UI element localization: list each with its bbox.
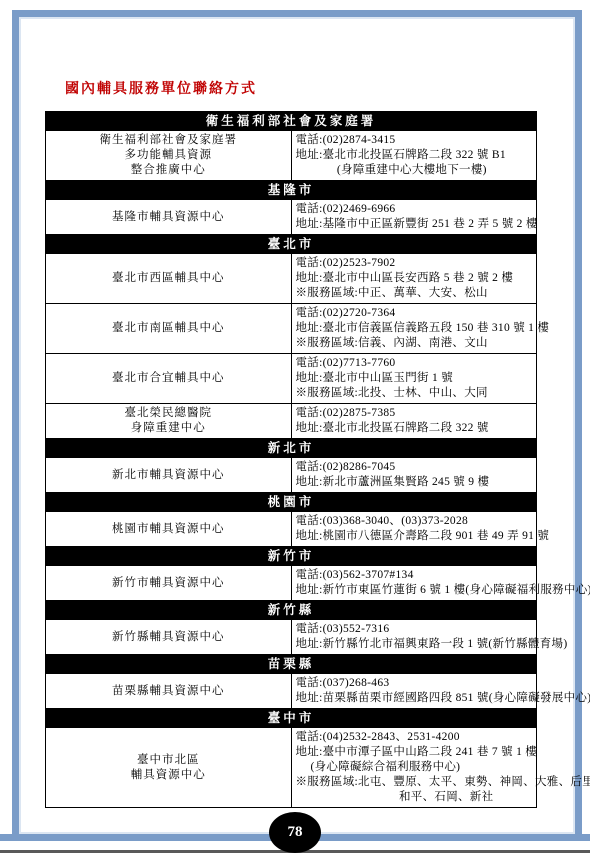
center-name-line: 新北市輔具資源中心 [46, 468, 291, 483]
center-name-cell: 新竹縣輔具資源中心 [46, 620, 292, 655]
center-name-cell: 臺北市合宜輔具中心 [46, 354, 292, 404]
contact-detail-line: 電話:(02)2523-7902 [296, 256, 536, 271]
page-number: 78 [288, 824, 303, 840]
table-row: 新北市輔具資源中心電話:(02)8286-7045地址:新北市蘆洲區集賢路 24… [46, 458, 537, 493]
contact-detail-line: ※服務區域:信義、內湖、南港、文山 [296, 336, 536, 351]
region-header-row: 苗栗縣 [46, 655, 537, 674]
center-name-line: 輔具資源中心 [46, 768, 291, 783]
page-title: 國內輔具服務單位聯絡方式 [65, 78, 537, 98]
contact-detail-line: 地址:新竹市東區竹蓮街 6 號 1 樓(身心障礙福利服務中心) [296, 583, 536, 598]
contact-detail-cell: 電話:(02)7713-7760地址:臺北市中山區玉門街 1 號※服務區域:北投… [291, 354, 537, 404]
contact-detail-line: 和平、石岡、新社 [296, 790, 536, 805]
contact-detail-cell: 電話:(02)2523-7902地址:臺北市中山區長安西路 5 巷 2 號 2 … [291, 254, 537, 304]
contact-detail-line: 電話:(037)268-463 [296, 676, 536, 691]
center-name-cell: 臺北市南區輔具中心 [46, 304, 292, 354]
contact-detail-cell: 電話:(02)2874-3415地址:臺北市北投區石牌路二段 322 號 B1(… [291, 131, 537, 181]
contact-detail-line: 地址:新竹縣竹北市福興東路一段 1 號(新竹縣體育場) [296, 637, 536, 652]
contact-detail-line: 地址:臺北市中山區玉門街 1 號 [296, 371, 536, 386]
center-name-cell: 臺北市西區輔具中心 [46, 254, 292, 304]
contact-detail-line: ※服務區域:中正、萬華、大安、松山 [296, 286, 536, 301]
table-row: 新竹縣輔具資源中心電話:(03)552-7316地址:新竹縣竹北市福興東路一段 … [46, 620, 537, 655]
region-header: 苗栗縣 [46, 655, 537, 674]
region-header-row: 基隆市 [46, 181, 537, 200]
contact-detail-line: 電話:(03)562-3707#134 [296, 568, 536, 583]
center-name-line: 身障重建中心 [46, 421, 291, 436]
contact-detail-cell: 電話:(03)552-7316地址:新竹縣竹北市福興東路一段 1 號(新竹縣體育… [291, 620, 537, 655]
table-row: 臺北市西區輔具中心電話:(02)2523-7902地址:臺北市中山區長安西路 5… [46, 254, 537, 304]
table-row: 基隆市輔具資源中心電話:(02)2469-6966地址:基隆市中正區新豐街 25… [46, 200, 537, 235]
center-name-line: 衛生福利部社會及家庭署 [46, 133, 291, 148]
contact-detail-cell: 電話:(02)2469-6966地址:基隆市中正區新豐街 251 巷 2 弄 5… [291, 200, 537, 235]
contact-detail-cell: 電話:(04)2532-2843、2531-4200地址:臺中市潭子區中山路二段… [291, 728, 537, 808]
contact-detail-line: (身心障礙綜合福利服務中心) [296, 760, 536, 775]
contact-detail-line: 電話:(02)2875-7385 [296, 406, 536, 421]
contact-detail-line: 電話:(03)552-7316 [296, 622, 536, 637]
center-name-line: 苗栗縣輔具資源中心 [46, 684, 291, 699]
region-header-row: 新竹市 [46, 547, 537, 566]
center-name-line: 臺中市北區 [46, 753, 291, 768]
contact-detail-cell: 電話:(02)2720-7364地址:臺北市信義區信義路五段 150 巷 310… [291, 304, 537, 354]
center-name-cell: 臺北榮民總醫院身障重建中心 [46, 404, 292, 439]
center-name-line: 臺北市南區輔具中心 [46, 321, 291, 336]
contact-detail-line: 地址:臺中市潭子區中山路二段 241 巷 7 號 1 樓 [296, 745, 536, 760]
region-header: 臺北市 [46, 235, 537, 254]
region-header-row: 桃園市 [46, 493, 537, 512]
table-row: 臺北市南區輔具中心電話:(02)2720-7364地址:臺北市信義區信義路五段 … [46, 304, 537, 354]
center-name-cell: 衛生福利部社會及家庭署多功能輔具資源整合推廣中心 [46, 131, 292, 181]
center-name-line: 新竹縣輔具資源中心 [46, 630, 291, 645]
region-header: 桃園市 [46, 493, 537, 512]
center-name-line: 臺北榮民總醫院 [46, 406, 291, 421]
contact-detail-cell: 電話:(02)2875-7385地址:臺北市北投區石牌路二段 322 號 [291, 404, 537, 439]
contact-detail-line: 地址:臺北市信義區信義路五段 150 巷 310 號 1 樓 [296, 321, 536, 336]
region-header: 基隆市 [46, 181, 537, 200]
contact-detail-line: 電話:(02)2720-7364 [296, 306, 536, 321]
contact-detail-line: 電話:(02)7713-7760 [296, 356, 536, 371]
region-header-row: 衛生福利部社會及家庭署 [46, 112, 537, 131]
table-row: 臺北榮民總醫院身障重建中心電話:(02)2875-7385地址:臺北市北投區石牌… [46, 404, 537, 439]
table-row: 臺北市合宜輔具中心電話:(02)7713-7760地址:臺北市中山區玉門街 1 … [46, 354, 537, 404]
center-name-cell: 苗栗縣輔具資源中心 [46, 674, 292, 709]
contact-detail-cell: 電話:(03)562-3707#134地址:新竹市東區竹蓮街 6 號 1 樓(身… [291, 566, 537, 601]
contact-detail-line: 電話:(03)368-3040、(03)373-2028 [296, 514, 536, 529]
contact-detail-line: 電話:(04)2532-2843、2531-4200 [296, 730, 536, 745]
contact-detail-line: (身障重建中心大樓地下一樓) [296, 163, 536, 178]
center-name-line: 臺北市西區輔具中心 [46, 271, 291, 286]
center-name-line: 多功能輔具資源 [46, 148, 291, 163]
table-row: 臺中市北區輔具資源中心電話:(04)2532-2843、2531-4200地址:… [46, 728, 537, 808]
center-name-cell: 新竹市輔具資源中心 [46, 566, 292, 601]
contact-detail-cell: 電話:(02)8286-7045地址:新北市蘆洲區集賢路 245 號 9 樓 [291, 458, 537, 493]
center-name-line: 桃園市輔具資源中心 [46, 522, 291, 537]
page-number-badge: 78 [269, 812, 321, 853]
contact-detail-line: 地址:基隆市中正區新豐街 251 巷 2 弄 5 號 2 樓 [296, 217, 536, 232]
center-name-cell: 臺中市北區輔具資源中心 [46, 728, 292, 808]
center-name-cell: 基隆市輔具資源中心 [46, 200, 292, 235]
center-name-line: 基隆市輔具資源中心 [46, 210, 291, 225]
table-row: 桃園市輔具資源中心電話:(03)368-3040、(03)373-2028地址:… [46, 512, 537, 547]
region-header-row: 臺北市 [46, 235, 537, 254]
contact-detail-line: 地址:臺北市北投區石牌路二段 322 號 [296, 421, 536, 436]
table-row: 苗栗縣輔具資源中心電話:(037)268-463地址:苗栗縣苗栗市經國路四段 8… [46, 674, 537, 709]
contact-detail-line: 電話:(02)2874-3415 [296, 133, 536, 148]
center-name-line: 新竹市輔具資源中心 [46, 576, 291, 591]
region-header: 新北市 [46, 439, 537, 458]
center-name-line: 整合推廣中心 [46, 163, 291, 178]
region-header-row: 臺中市 [46, 709, 537, 728]
center-name-cell: 桃園市輔具資源中心 [46, 512, 292, 547]
contact-detail-cell: 電話:(037)268-463地址:苗栗縣苗栗市經國路四段 851 號(身心障礙… [291, 674, 537, 709]
region-header: 新竹縣 [46, 601, 537, 620]
region-header-row: 新北市 [46, 439, 537, 458]
contact-detail-line: ※服務區域:北投、士林、中山、大同 [296, 386, 536, 401]
contact-detail-cell: 電話:(03)368-3040、(03)373-2028地址:桃園市八德區介壽路… [291, 512, 537, 547]
contact-detail-line: 地址:苗栗縣苗栗市經國路四段 851 號(身心障礙發展中心) [296, 691, 536, 706]
region-header: 新竹市 [46, 547, 537, 566]
center-name-line: 臺北市合宜輔具中心 [46, 371, 291, 386]
region-header: 衛生福利部社會及家庭署 [46, 112, 537, 131]
contact-detail-line: 電話:(02)2469-6966 [296, 202, 536, 217]
contact-detail-line: 地址:新北市蘆洲區集賢路 245 號 9 樓 [296, 475, 536, 490]
contact-detail-line: 地址:桃園市八德區介壽路二段 901 巷 49 弄 91 號 [296, 529, 536, 544]
document-content: 國內輔具服務單位聯絡方式 衛生福利部社會及家庭署衛生福利部社會及家庭署多功能輔具… [45, 78, 537, 808]
contact-detail-line: 地址:臺北市北投區石牌路二段 322 號 B1 [296, 148, 536, 163]
contact-detail-line: ※服務區域:北屯、豐原、太平、東勢、神岡、大雅、后里、潭子、 [296, 775, 536, 790]
table-row: 衛生福利部社會及家庭署多功能輔具資源整合推廣中心電話:(02)2874-3415… [46, 131, 537, 181]
region-header-row: 新竹縣 [46, 601, 537, 620]
contact-detail-line: 電話:(02)8286-7045 [296, 460, 536, 475]
region-header: 臺中市 [46, 709, 537, 728]
center-name-cell: 新北市輔具資源中心 [46, 458, 292, 493]
contact-detail-line: 地址:臺北市中山區長安西路 5 巷 2 號 2 樓 [296, 271, 536, 286]
table-row: 新竹市輔具資源中心電話:(03)562-3707#134地址:新竹市東區竹蓮街 … [46, 566, 537, 601]
contact-table: 衛生福利部社會及家庭署衛生福利部社會及家庭署多功能輔具資源整合推廣中心電話:(0… [45, 111, 537, 808]
